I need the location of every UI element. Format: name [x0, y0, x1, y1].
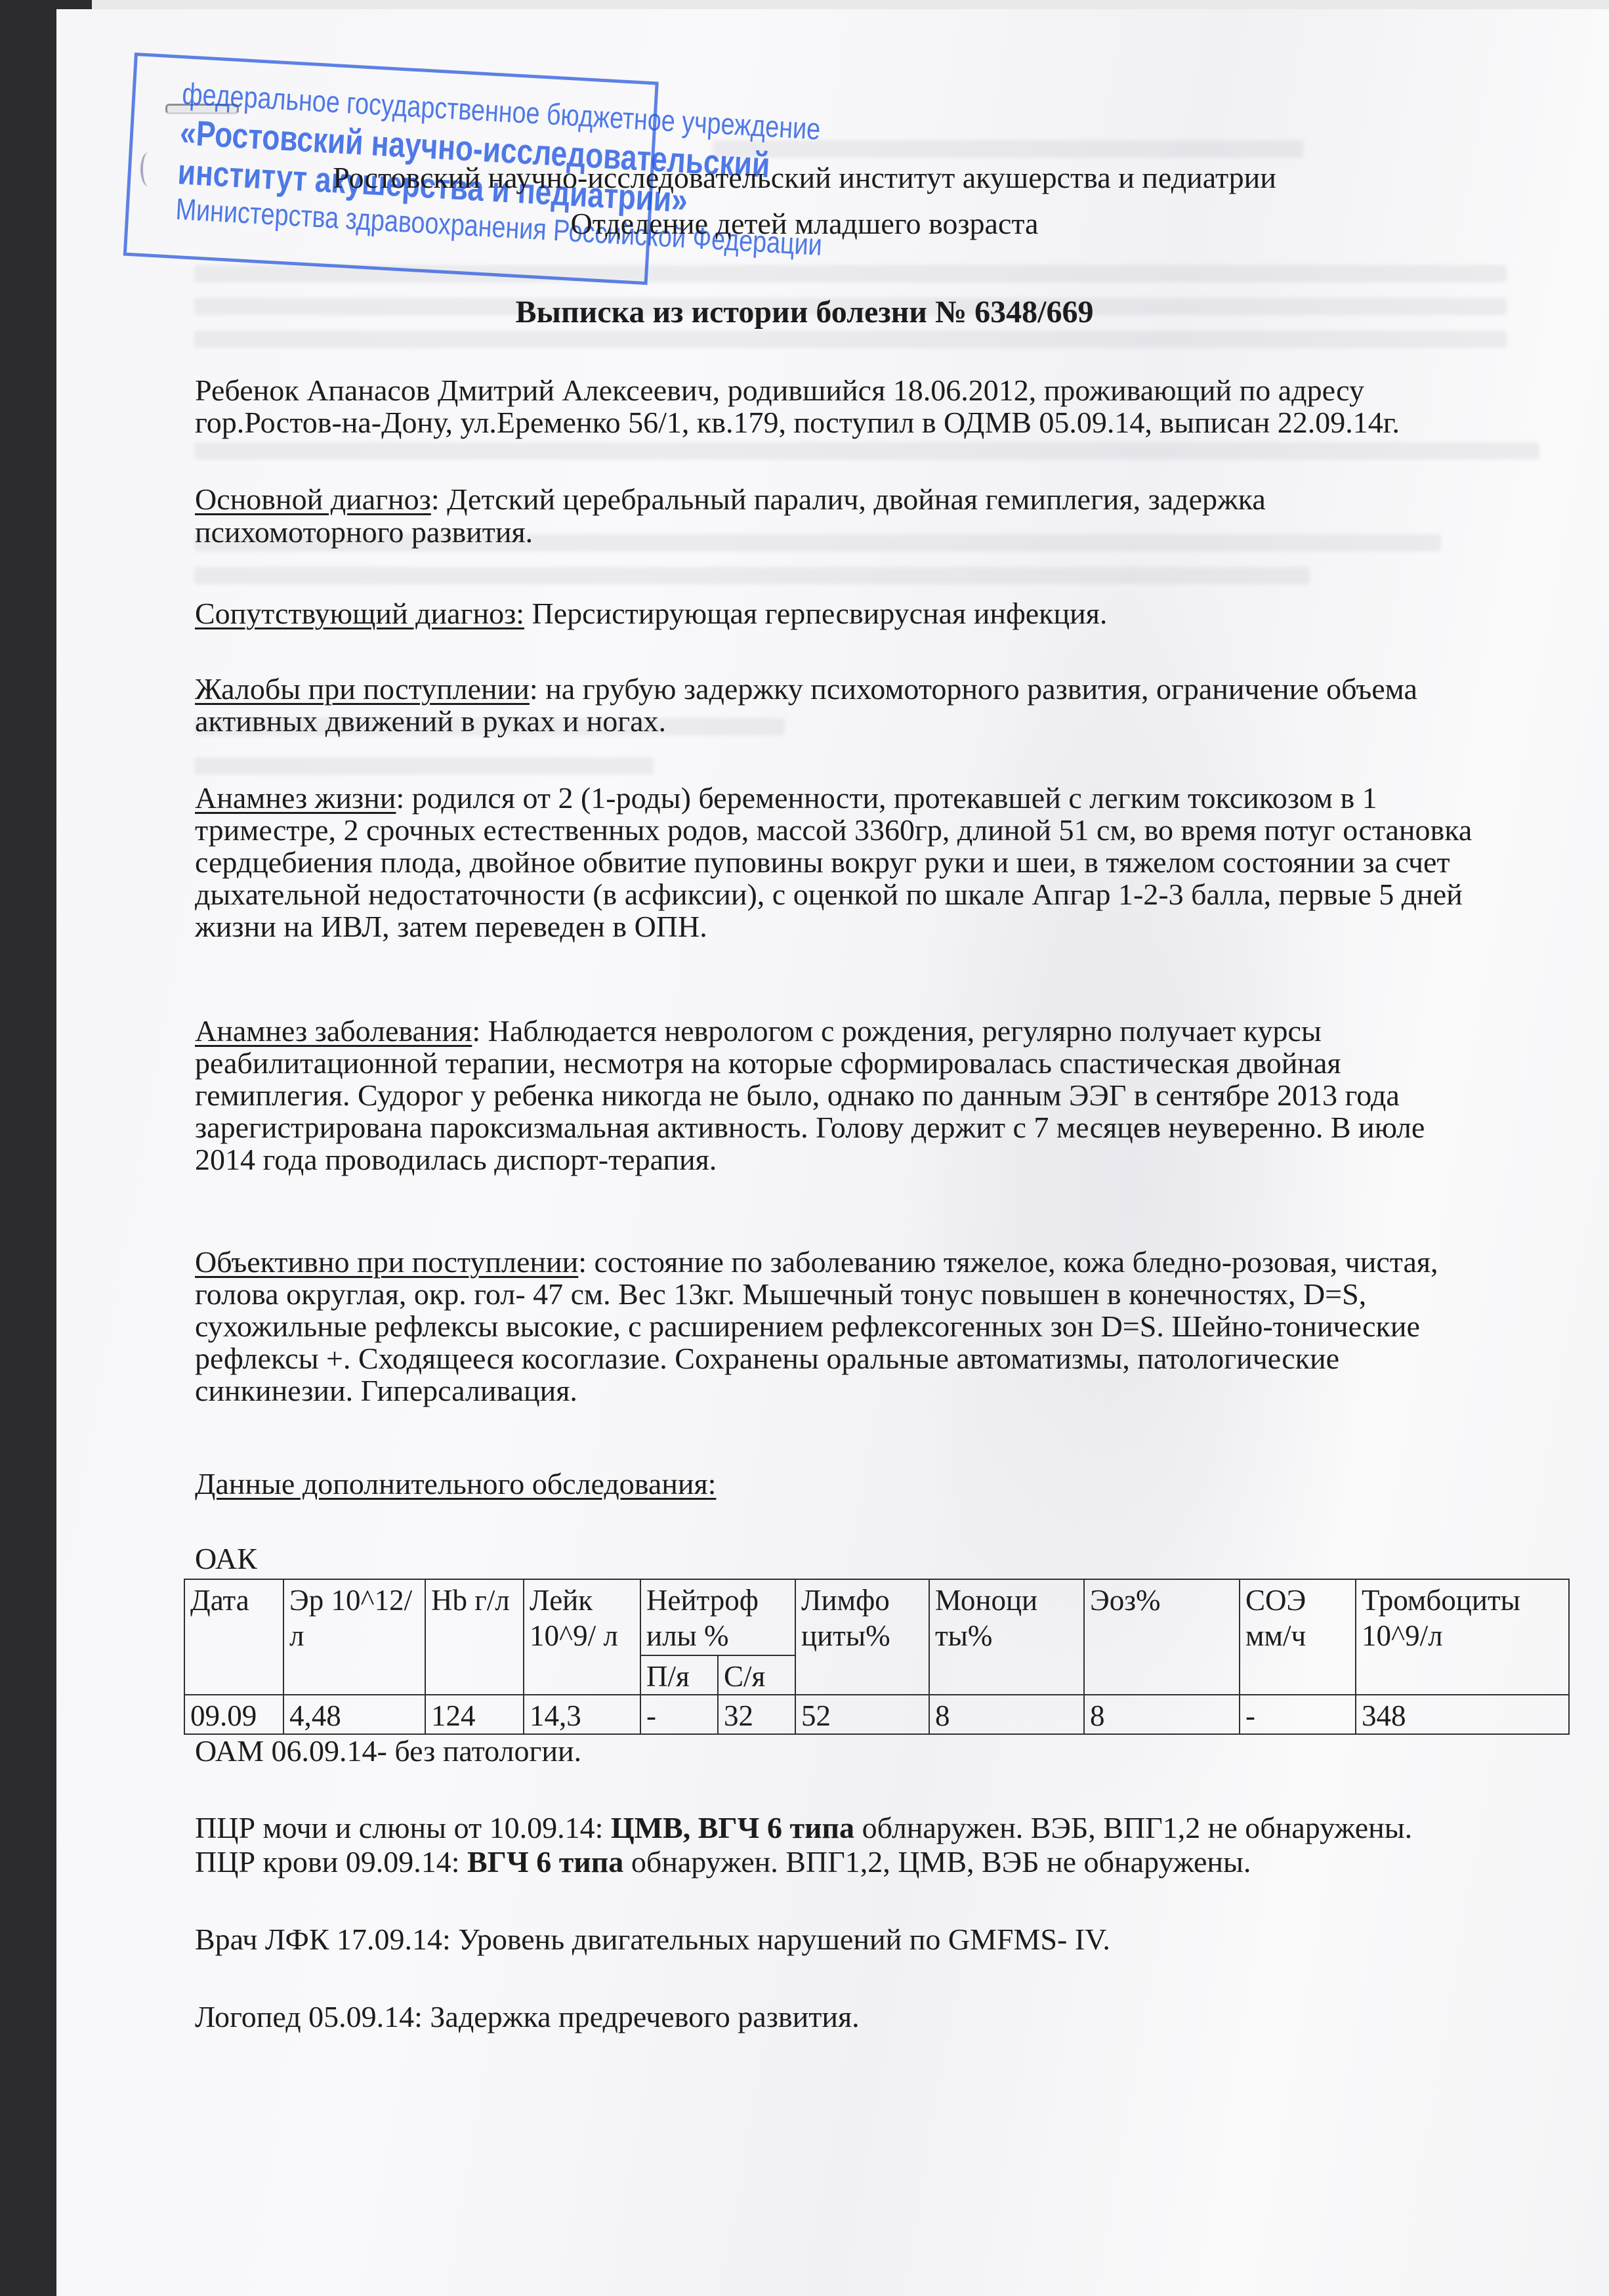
pcr-urine-prefix: ПЦР мочи и слюны от 10.09.14: [195, 1811, 611, 1844]
disease-history-text: реабилитационной терапии, несмотря на ко… [195, 1048, 1341, 1078]
objective: Объективно при поступлении: состояние по… [195, 1247, 1438, 1277]
department-name: Отделение детей младшего возраста [0, 209, 1609, 239]
concomitant-diagnosis-label: Сопутствующий диагноз: [195, 597, 524, 630]
disease-history-label: Анамнез заболевания [195, 1014, 472, 1048]
main-diagnosis-text: психомоторного развития. [195, 517, 533, 547]
objective-text: сухожильные рефлексы высокие, с расширен… [195, 1311, 1420, 1342]
pcr-urine-saliva: ПЦР мочи и слюны от 10.09.14: ЦМВ, ВГЧ 6… [195, 1813, 1412, 1843]
main-diagnosis-label: Основной диагноз [195, 482, 431, 516]
concomitant-diagnosis-text: Персистирующая герпесвирусная инфекция. [524, 597, 1107, 630]
cell-monocytes: 8 [929, 1695, 1084, 1734]
header-band-neutrophils: П/я [640, 1655, 718, 1695]
objective-text: голова округлая, окр. гол- 47 см. Вес 13… [195, 1279, 1366, 1309]
disease-history: Анамнез заболевания: Наблюдается невроло… [195, 1016, 1322, 1046]
complaints-label: Жалобы при поступлении [195, 672, 530, 706]
life-history-text: : родился от 2 (1-роды) беременности, пр… [396, 781, 1377, 815]
bleed-through-mark [194, 442, 1539, 459]
cell-lymphocytes: 52 [795, 1695, 929, 1734]
additional-exam-label: Данные дополнительного обследования [195, 1467, 708, 1500]
header-neutrophils: Нейтроф илы % [640, 1579, 795, 1655]
additional-exam-heading: Данные дополнительного обследования: [195, 1469, 716, 1499]
objective-text: рефлексы +. Сходящееся косоглазие. Сохра… [195, 1344, 1339, 1374]
cell-erythrocytes: 4,48 [283, 1695, 425, 1734]
cell-band-neutrophils: - [640, 1695, 718, 1734]
bleed-through-mark [194, 567, 1310, 584]
header-hemoglobin: Hb г/л [425, 1579, 524, 1695]
pcr-blood-suffix: обнаружен. ВПГ1,2, ЦМВ, ВЭБ не обнаружен… [623, 1845, 1251, 1879]
header-eosinophils: Эоз% [1084, 1579, 1240, 1695]
cell-date: 09.09 [184, 1695, 283, 1734]
objective-text: синкинезии. Гиперсаливация. [195, 1376, 577, 1406]
pcr-blood: ПЦР крови 09.09.14: ВГЧ 6 типа обнаружен… [195, 1847, 1251, 1877]
urinalysis: ОАМ 06.09.14- без патологии. [195, 1736, 581, 1766]
life-history-text: дыхательной недостаточности (в асфиксии)… [195, 880, 1463, 910]
pcr-urine-suffix: облнаружен. ВЭБ, ВПГ1,2 не обнаружены. [854, 1811, 1412, 1844]
disease-history-text: 2014 года проводилась диспорт-терапия. [195, 1145, 717, 1175]
main-diagnosis: Основной диагноз: Детский церебральный п… [195, 484, 1266, 515]
life-history-label: Анамнез жизни [195, 781, 396, 815]
life-history-text: триместре, 2 срочных естественных родов,… [195, 815, 1472, 845]
oak-label: ОАК [195, 1544, 257, 1574]
disease-history-text: гемиплегия. Судорог у ребенка никогда не… [195, 1080, 1400, 1111]
cell-leukocytes: 14,3 [524, 1695, 640, 1734]
oak-table: Дата Эр 10^12/л Hb г/л Лейк 10^9/ л Нейт… [184, 1579, 1570, 1735]
document-title: Выписка из истории болезни № 6348/669 [0, 297, 1609, 328]
complaints-text: активных движений в руках и ногах. [195, 706, 666, 736]
header-esr: СОЭ мм/ч [1240, 1579, 1356, 1695]
complaints: Жалобы при поступлении: на грубую задерж… [195, 674, 1417, 704]
complaints-text: : на грубую задержку психомоторного разв… [530, 672, 1417, 706]
objective-label: Объективно при поступлении [195, 1245, 578, 1279]
pcr-blood-result: ВГЧ 6 типа [467, 1845, 623, 1879]
patient-line: гор.Ростов-на-Дону, ул.Еременко 56/1, кв… [195, 408, 1400, 438]
cell-segmented-neutrophils: 32 [718, 1695, 795, 1734]
header-segmented-neutrophils: С/я [718, 1655, 795, 1695]
concomitant-diagnosis: Сопутствующий диагноз: Персистирующая ге… [195, 599, 1107, 629]
disease-history-text: : Наблюдается неврологом с рождения, рег… [472, 1014, 1322, 1048]
cell-esr: - [1240, 1695, 1356, 1734]
life-history-text: сердцебиения плода, двойное обвитие пупо… [195, 847, 1450, 878]
header-leukocytes: Лейк 10^9/ л [524, 1579, 640, 1695]
pcr-blood-prefix: ПЦР крови 09.09.14: [195, 1845, 467, 1879]
header-platelets: Тромбоциты 10^9/л [1356, 1579, 1569, 1695]
speech-therapist-note: Логопед 05.09.14: Задержка предречевого … [195, 2002, 860, 2032]
disease-history-text: зарегистрирована пароксизмальная активно… [195, 1113, 1425, 1143]
cell-hemoglobin: 124 [425, 1695, 524, 1734]
header-lymphocytes: Лимфо циты% [795, 1579, 929, 1695]
cell-platelets: 348 [1356, 1695, 1569, 1734]
additional-exam-colon: : [708, 1467, 717, 1500]
cell-eosinophils: 8 [1084, 1695, 1240, 1734]
bleed-through-mark [194, 757, 654, 775]
bleed-through-mark [194, 331, 1507, 348]
life-history-text: жизни на ИВЛ, затем переведен в ОПН. [195, 912, 707, 942]
pcr-urine-result: ЦМВ, ВГЧ 6 типа [611, 1811, 854, 1844]
physiotherapy-note: Врач ЛФК 17.09.14: Уровень двигательных … [195, 1924, 1110, 1955]
institute-name: Ростовский научно-исследовательский инст… [0, 163, 1609, 193]
header-erythrocytes: Эр 10^12/л [283, 1579, 425, 1695]
objective-text: : состояние по заболеванию тяжелое, кожа… [578, 1245, 1438, 1279]
table-row: 09.09 4,48 124 14,3 - 32 52 8 8 - 348 [184, 1695, 1569, 1734]
main-diagnosis-text: : Детский церебральный паралич, двойная … [431, 482, 1266, 516]
header-date: Дата [184, 1579, 283, 1695]
header-monocytes: Моноци ты% [929, 1579, 1084, 1695]
life-history: Анамнез жизни: родился от 2 (1-роды) бер… [195, 783, 1377, 813]
patient-line: Ребенок Апанасов Дмитрий Алексеевич, род… [195, 375, 1364, 406]
